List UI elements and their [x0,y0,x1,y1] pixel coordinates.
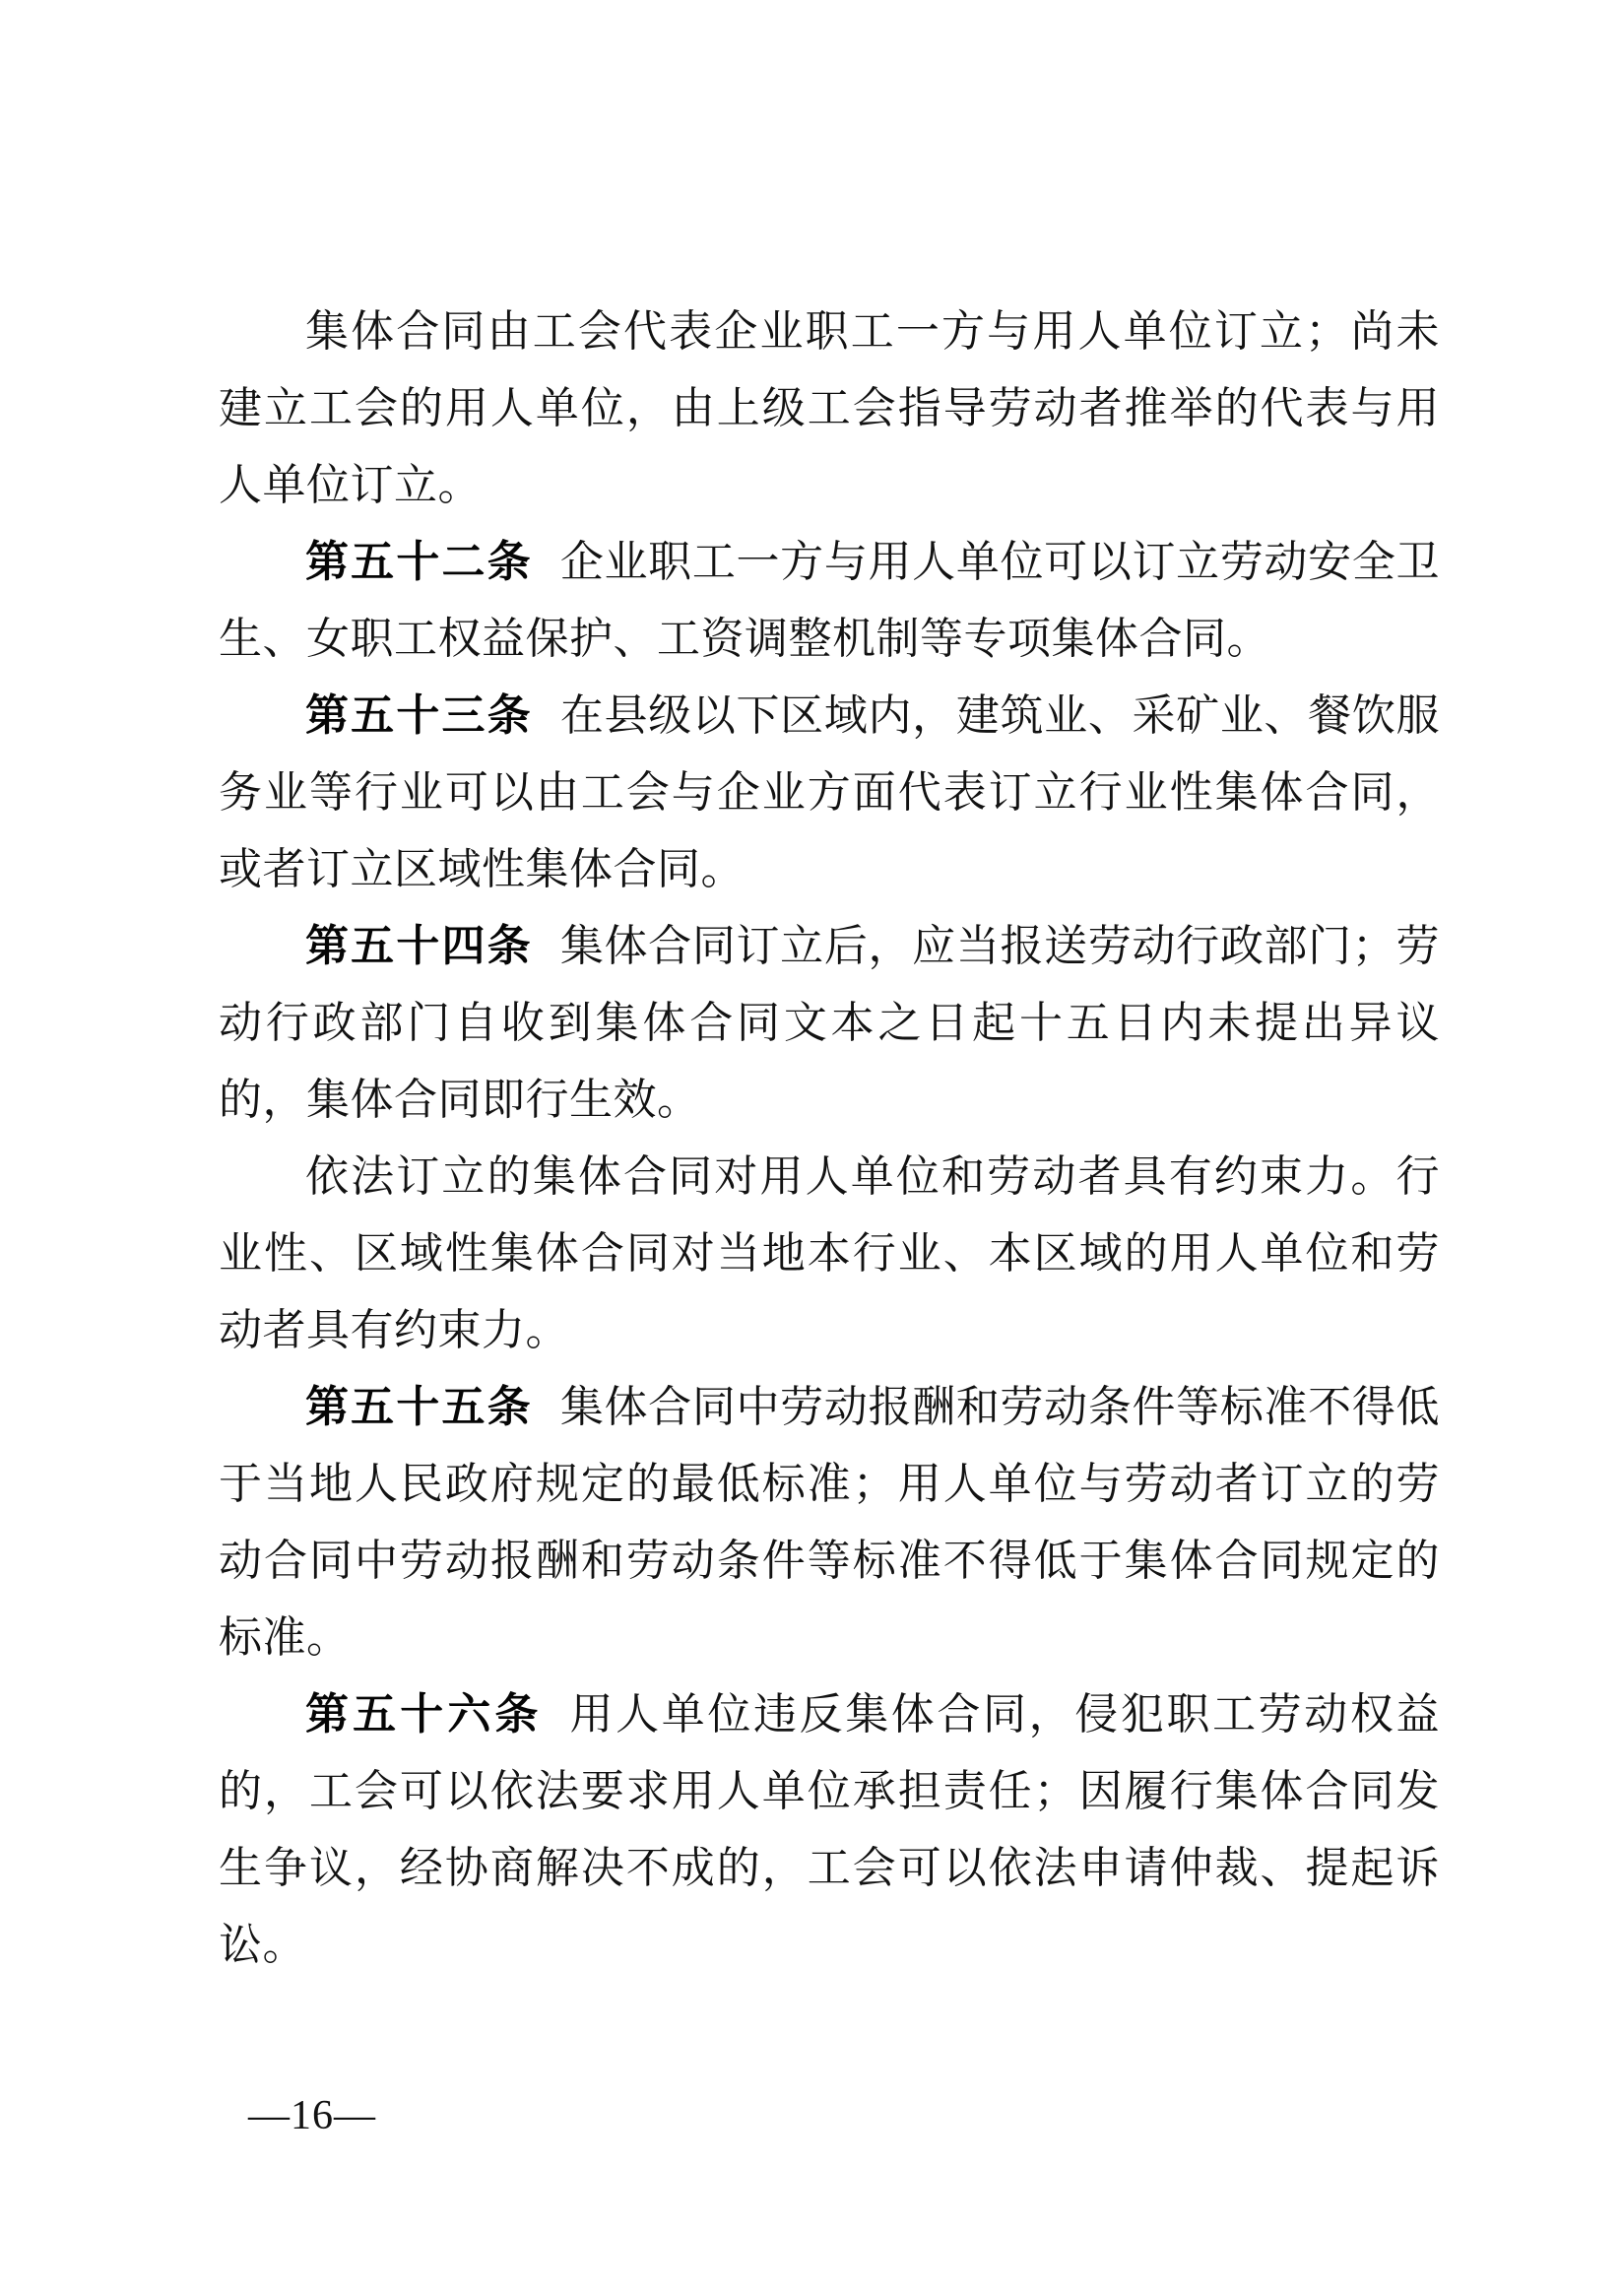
paragraph: 依法订立的集体合同对用人单位和劳动者具有约束力。行业性、区域性集体合同对当地本行… [219,1139,1440,1369]
paragraph: 第五十四条集体合同订立后，应当报送劳动行政部门；劳动行政部门自收到集体合同文本之… [219,908,1440,1139]
paragraph-text: 依法订立的集体合同对用人单位和劳动者具有约束力。行业性、区域性集体合同对当地本行… [219,1152,1440,1354]
document-body: 集体合同由工会代表企业职工一方与用人单位订立；尚未建立工会的用人单位，由上级工会… [219,294,1440,1984]
paragraph: 第五十六条用人单位违反集体合同，侵犯职工劳动权益的，工会可以依法要求用人单位承担… [219,1676,1440,1984]
page-number: —16— [248,2092,376,2139]
article-number: 第五十三条 [305,691,533,740]
paragraph: 集体合同由工会代表企业职工一方与用人单位订立；尚未建立工会的用人单位，由上级工会… [219,294,1440,524]
article-number: 第五十五条 [305,1383,533,1431]
document-page: 集体合同由工会代表企业职工一方与用人单位订立；尚未建立工会的用人单位，由上级工会… [0,0,1621,2296]
article-number: 第五十六条 [305,1690,543,1738]
paragraph: 第五十二条企业职工一方与用人单位可以订立劳动安全卫生、女职工权益保护、工资调整机… [219,524,1440,678]
article-number: 第五十四条 [305,922,533,970]
paragraph-text: 集体合同由工会代表企业职工一方与用人单位订立；尚未建立工会的用人单位，由上级工会… [219,307,1440,509]
article-number: 第五十二条 [305,538,533,586]
paragraph: 第五十三条在县级以下区域内，建筑业、采矿业、餐饮服务业等行业可以由工会与企业方面… [219,678,1440,908]
paragraph: 第五十五条集体合同中劳动报酬和劳动条件等标准不得低于当地人民政府规定的最低标准；… [219,1369,1440,1676]
